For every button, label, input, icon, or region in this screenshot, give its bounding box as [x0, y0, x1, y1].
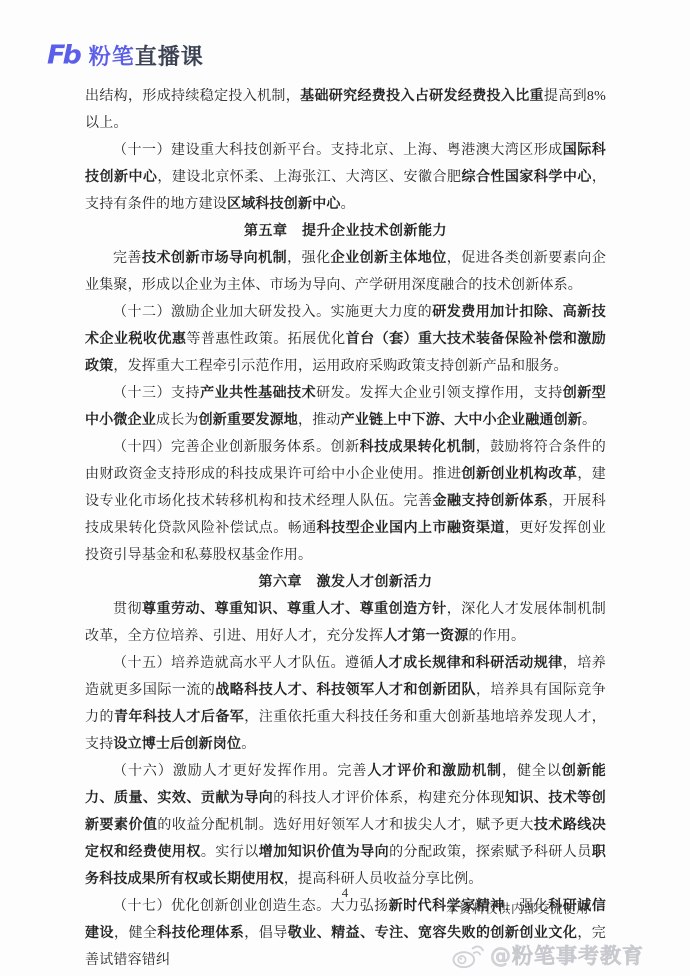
fenbi-logo: Fb 粉笔 直播课 — [47, 40, 204, 71]
weibo-icon — [451, 940, 485, 970]
logo-suffix-text: 直播课 — [135, 40, 204, 71]
body-text: （十二）激励企业加大研发投入。实施更大力度的 — [113, 305, 432, 320]
body-text: 的作用。 — [468, 629, 525, 644]
watermark-text: @粉笔事考教育 — [490, 940, 644, 970]
emphasis-text: 第五章 提升企业技术创新能力 — [244, 224, 447, 239]
body-text: （十四）完善企业创新服务体系。创新 — [113, 440, 360, 455]
paragraph: （十四）完善企业创新服务体系。创新科技成果转化机制，鼓励将符合条件的由财政资金支… — [85, 434, 606, 569]
emphasis-text: 区域科技创新中心 — [227, 197, 341, 212]
scanned-document-page: { "colors": { "brand_purple": "#5a5ee8",… — [0, 0, 690, 976]
emphasis-text: 创新创业机构改革 — [461, 467, 577, 482]
emphasis-text: 企业创新主体地位 — [331, 251, 447, 266]
body-text: 。 — [582, 413, 596, 428]
emphasis-text: 综合性国家科学中心 — [461, 170, 591, 185]
paragraph: （十一）建设重大科技创新平台。支持北京、上海、粤港澳大湾区形成国际科技创新中心，… — [85, 137, 606, 218]
emphasis-text: 人才成长规律和科研活动规律 — [374, 656, 563, 671]
body-text: 出结构，形成持续稳定投入机制， — [85, 89, 300, 104]
body-text: （十一）建设重大科技创新平台。支持北京、上海、粤港澳大湾区形成 — [113, 143, 563, 158]
logo-brand-text: 粉笔 — [89, 40, 135, 71]
emphasis-text: 青年科技人才后备军 — [114, 710, 244, 725]
emphasis-text: 基础研究经费投入占研发经费投入比重 — [300, 89, 544, 104]
emphasis-text: 产业共性基础技术 — [200, 386, 316, 401]
emphasis-text: 产业链上中下游、大中小企业融通创新 — [341, 413, 582, 428]
body-text: ，推动 — [298, 413, 341, 428]
emphasis-text: 敬业、精益、专注、宽容失败的创新创业文化 — [288, 926, 578, 941]
body-text: 的科技人才评价体系，构建充分体现 — [273, 791, 505, 806]
body-text: 研发。发挥大企业引领支撑作用，支持 — [316, 386, 563, 401]
body-text: 等普惠性政策。拓展优化 — [186, 332, 345, 347]
body-text: （十三）支持 — [113, 386, 200, 401]
body-text: （十七）优化创新创业创造生态。大力弘扬 — [113, 899, 389, 914]
emphasis-text: 人才第一资源 — [383, 629, 468, 644]
paragraph: 出结构，形成持续稳定投入机制，基础研究经费投入占研发经费投入比重提高到8%以上。 — [85, 83, 606, 137]
body-text: 的收益分配机制。选好用好领军人才和拔尖人才，赋予更大 — [157, 818, 533, 833]
paragraph: （十六）激励人才更好发挥作用。完善人才评价和激励机制，健全以创新能力、质量、实效… — [85, 758, 606, 893]
paragraph: （十五）培养造就高水平人才队伍。遵循人才成长规律和科研活动规律，培养造就更多国际… — [85, 650, 606, 758]
internal-use-notice: 本资料仅供内部交流使用 — [446, 899, 589, 917]
body-text: 贯彻 — [113, 602, 142, 617]
emphasis-text: 金融支持创新体系 — [433, 494, 549, 509]
paragraph: 完善技术创新市场导向机制，强化企业创新主体地位，促进各类创新要素向企业集聚，形成… — [85, 245, 606, 299]
body-text: ，强化 — [287, 251, 331, 266]
body-text: 。 — [341, 197, 355, 212]
body-text: ，健全 — [114, 926, 157, 941]
body-text: ，倡导 — [244, 926, 287, 941]
paragraph: 贯彻尊重劳动、尊重知识、尊重人才、尊重创造方针，深化人才发展体制机制改革，全方位… — [85, 596, 606, 650]
chapter-heading: 第五章 提升企业技术创新能力 — [85, 218, 606, 245]
body-text: ，发挥重大工程牵引示范作用，运用政府采购政策支持创新产品和服务。 — [113, 359, 567, 374]
body-text: 。实行以 — [201, 845, 259, 860]
emphasis-text: 科技伦理体系 — [157, 926, 244, 941]
emphasis-text: 尊重劳动、尊重知识、尊重人才、尊重创造方针 — [142, 602, 447, 617]
document-body: 出结构，形成持续稳定投入机制，基础研究经费投入占研发经费投入比重提高到8%以上。… — [85, 83, 606, 974]
emphasis-text: 科技成果转化机制 — [360, 440, 476, 455]
body-text: ，健全以 — [502, 764, 562, 779]
emphasis-text: 战略科技人才、科技领军人才和创新团队 — [215, 683, 476, 698]
emphasis-text: 第六章 激发人才创新活力 — [259, 575, 433, 590]
emphasis-text: 人才评价和激励机制 — [367, 764, 502, 779]
body-text: 的分配政策，探索赋予科研人员 — [389, 845, 592, 860]
fenbi-logo-icon: Fb — [47, 43, 79, 69]
body-text: （十六）激励人才更好发挥作用。完善 — [113, 764, 367, 779]
paragraph: （十二）激励企业加大研发投入。实施更大力度的研发费用加计扣除、高新技术企业税收优… — [85, 299, 606, 380]
body-text: 。 — [241, 737, 255, 752]
chapter-heading: 第六章 激发人才创新活力 — [85, 569, 606, 596]
paragraph: （十三）支持产业共性基础技术研发。发挥大企业引领支撑作用，支持创新型中小微企业成… — [85, 380, 606, 434]
emphasis-text: 设立博士后创新岗位 — [113, 737, 241, 752]
body-text: 成长为 — [156, 413, 199, 428]
emphasis-text: 科技型企业国内上市融资渠道 — [317, 521, 505, 536]
emphasis-text: 技术创新市场导向机制 — [142, 251, 287, 266]
emphasis-text: 增加知识价值为导向 — [259, 845, 389, 860]
emphasis-text: 创新重要发源地 — [199, 413, 298, 428]
body-text: ，建设北京怀柔、上海张江、大湾区、安徽合肥 — [157, 170, 461, 185]
body-text: （十五）培养造就高水平人才队伍。遵循 — [113, 656, 374, 671]
weibo-watermark: @粉笔事考教育 — [451, 940, 644, 970]
body-text: 完善 — [113, 251, 142, 266]
